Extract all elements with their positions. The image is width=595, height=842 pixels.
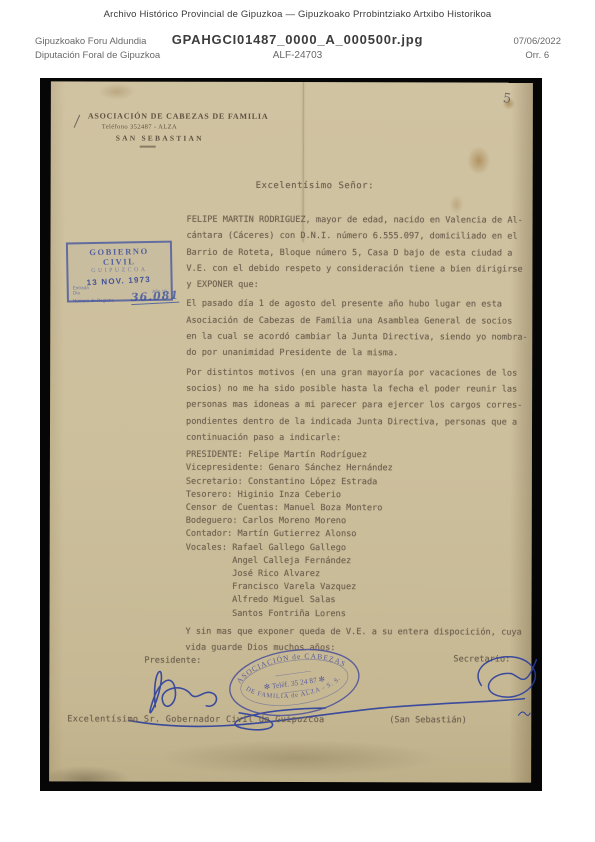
addressee-line: Excelentísimo Sr. Gobernador Civil de Gu…	[67, 714, 324, 725]
secretary-label: Secretario:	[453, 654, 510, 664]
addressee-city: (San Sebastián)	[389, 715, 467, 725]
stamp-entrada-row: Entrada 13 NOV. 1973	[73, 275, 167, 290]
board-members-list: PRESIDENTE: Felipe Martín Rodríguez Vice…	[186, 449, 534, 622]
stamp-registro-label: Número de Registro	[73, 298, 114, 304]
letterhead: ASOCIACIÓN DE CABEZAS DE FAMILIA Teléfon…	[88, 111, 269, 147]
pen-check-mark	[65, 111, 80, 128]
page-number-label: Orr. 6	[513, 49, 561, 63]
margin-ink-mark	[517, 709, 531, 719]
reference-code: ALF-24703	[0, 50, 595, 61]
letterhead-rule	[140, 146, 156, 148]
image-filename: GPAHGCI01487_0000_A_000500r.jpg	[0, 32, 595, 47]
entry-registry-stamp: GOBIERNO CIVIL GUIPUZCOA Entrada 13 NOV.…	[66, 241, 173, 303]
letterhead-association-name: ASOCIACIÓN DE CABEZAS DE FAMILIA	[88, 111, 269, 120]
stamp-guipuzcoa: GUIPUZCOA	[72, 267, 166, 275]
file-block: GPAHGCI01487_0000_A_000500r.jpg ALF-2470…	[0, 32, 595, 61]
letter-body: FELIPE MARTIN RODRIGUEZ, mayor de edad, …	[185, 212, 534, 660]
pencil-page-number: 5	[502, 91, 512, 107]
letterhead-phone-line: Teléfono 352487 - ALZA	[102, 124, 269, 131]
stamp-dia-label: Día	[73, 290, 80, 295]
stamp-gobierno-civil: GOBIERNO CIVIL	[72, 246, 166, 268]
letter-paragraph: FELIPE MARTIN RODRIGUEZ, mayor de edad, …	[186, 212, 534, 294]
stamp-registro-number: 36.081	[131, 289, 180, 306]
stamp-date: 13 NOV. 1973	[86, 275, 151, 287]
letter-paragraph: El pasado día 1 de agosto del presente a…	[186, 296, 534, 362]
stamp-registro-row: Número de Registro 36.081	[73, 297, 167, 304]
document-scan: ASOCIACIÓN DE CABEZAS DE FAMILIA Teléfon…	[40, 78, 542, 791]
letterhead-city: SAN SEBASTIAN	[116, 134, 269, 143]
letter-paragraph: Por distintos motivos (en una gran mayor…	[186, 364, 534, 446]
salutation: Excelentísimo Señor:	[256, 181, 374, 191]
document-paper: ASOCIACIÓN DE CABEZAS DE FAMILIA Teléfon…	[49, 81, 533, 782]
date-block: 07/06/2022 Orr. 6	[513, 35, 561, 63]
archive-title: Archivo Histórico Provincial de Gipuzkoa…	[0, 9, 595, 20]
print-date: 07/06/2022	[513, 35, 561, 49]
president-label: Presidente:	[144, 656, 201, 666]
